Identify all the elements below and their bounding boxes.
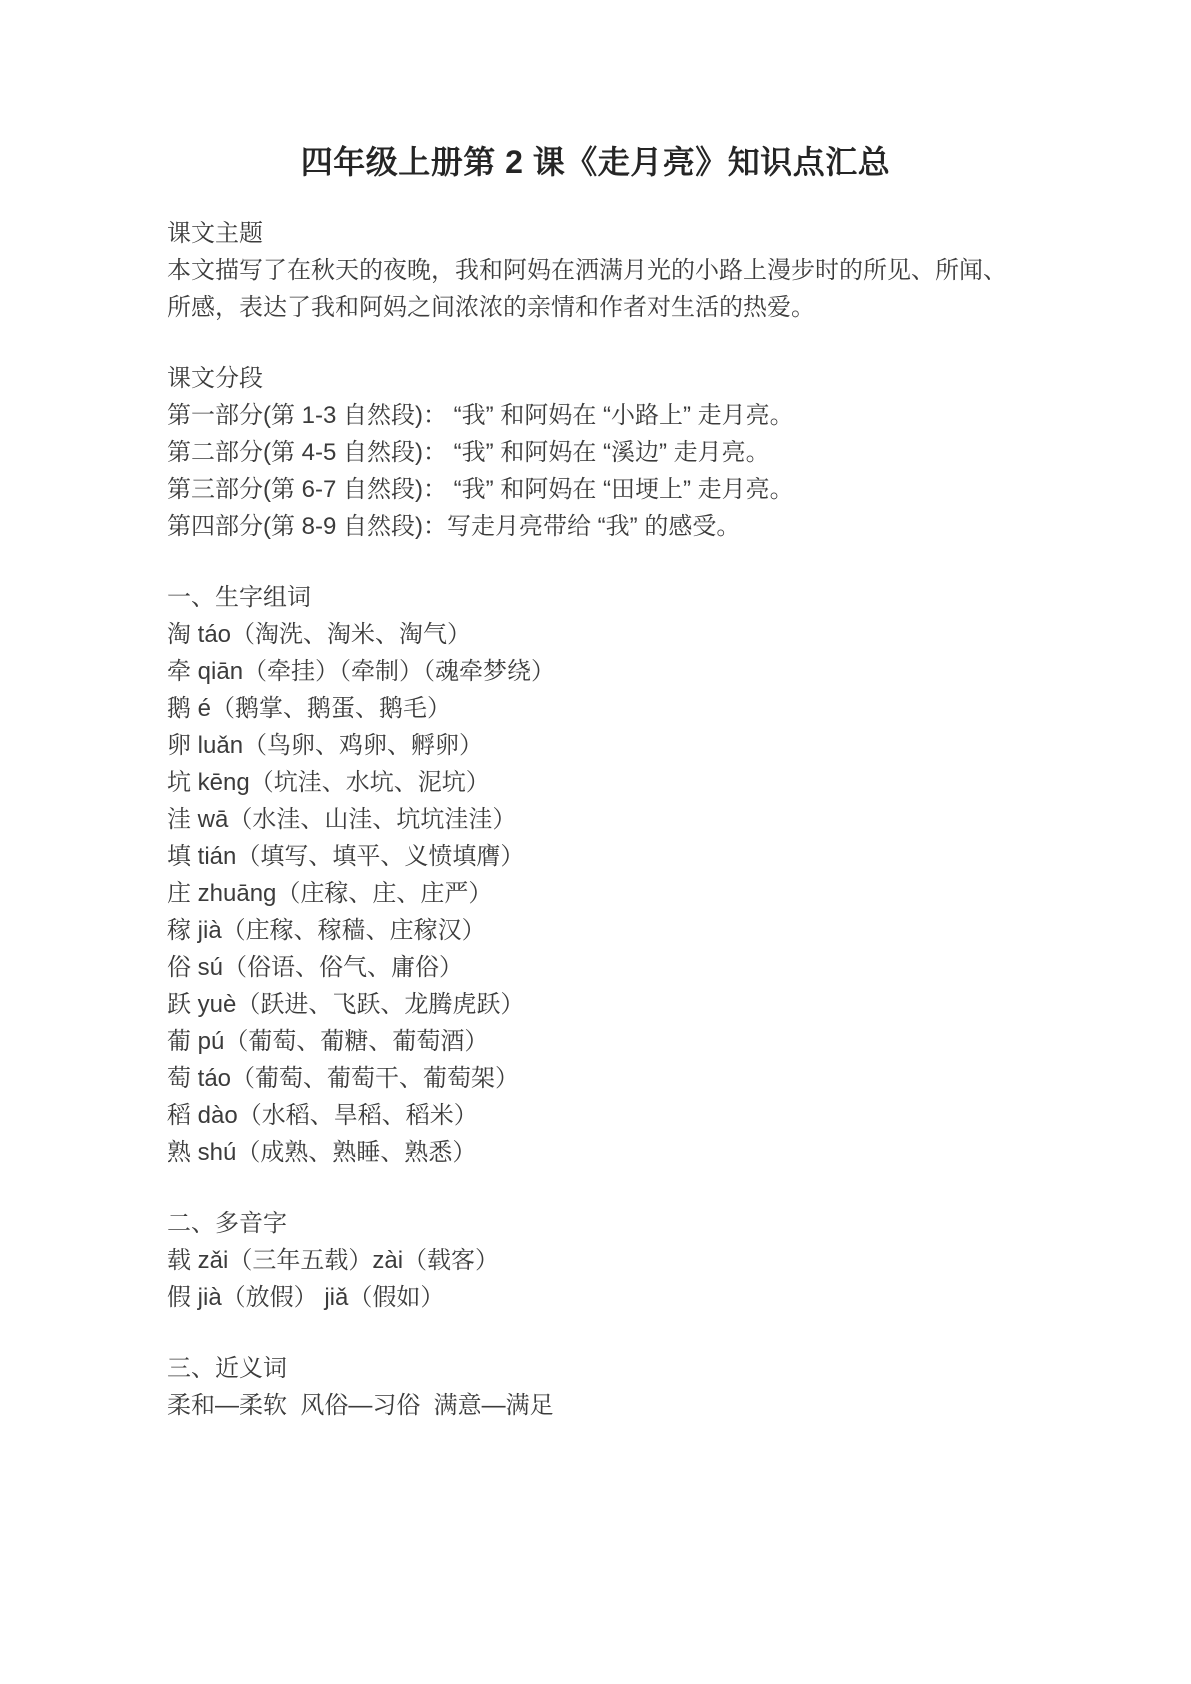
text-line: 牵 qiān（牵挂）（牵制）（魂牵梦绕）	[167, 653, 1024, 690]
page-title: 四年级上册第 2 课《走月亮》知识点汇总	[167, 141, 1024, 183]
text-line: 载 zǎi（三年五载）zài（载客）	[167, 1242, 1024, 1279]
text-line: 第四部分(第 8-9 自然段)：写走月亮带给 “我” 的感受。	[167, 508, 1024, 545]
text-line: 跃 yuè（跃进、飞跃、龙腾虎跃）	[167, 986, 1024, 1023]
text-line: 淘 táo（淘洗、淘米、淘气）	[167, 616, 1024, 653]
section: 课文分段第一部分(第 1-3 自然段)： “我” 和阿妈在 “小路上” 走月亮。…	[167, 360, 1024, 545]
text-line: 第一部分(第 1-3 自然段)： “我” 和阿妈在 “小路上” 走月亮。	[167, 397, 1024, 434]
text-line: 稼 jià（庄稼、稼穑、庄稼汉）	[167, 912, 1024, 949]
text-line: 鹅 é（鹅掌、鹅蛋、鹅毛）	[167, 690, 1024, 727]
section: 课文主题本文描写了在秋天的夜晚，我和阿妈在洒满月光的小路上漫步时的所见、所闻、所…	[167, 215, 1024, 326]
text-line: 柔和—柔软 风俗—习俗 满意—满足	[167, 1387, 1024, 1424]
text-line: 卵 luǎn（鸟卵、鸡卵、孵卵）	[167, 727, 1024, 764]
document-page: 四年级上册第 2 课《走月亮》知识点汇总 课文主题本文描写了在秋天的夜晚，我和阿…	[0, 0, 1191, 1684]
text-line: 庄 zhuāng（庄稼、庄、庄严）	[167, 875, 1024, 912]
text-line: 坑 kēng（坑洼、水坑、泥坑）	[167, 764, 1024, 801]
section-heading: 二、多音字	[167, 1205, 1024, 1242]
text-line: 萄 táo（葡萄、葡萄干、葡萄架）	[167, 1060, 1024, 1097]
text-line: 熟 shú（成熟、熟睡、熟悉）	[167, 1134, 1024, 1171]
text-line: 第三部分(第 6-7 自然段)： “我” 和阿妈在 “田埂上” 走月亮。	[167, 471, 1024, 508]
text-line: 葡 pú（葡萄、葡糖、葡萄酒）	[167, 1023, 1024, 1060]
section-heading: 一、生字组词	[167, 579, 1024, 616]
section: 三、近义词柔和—柔软 风俗—习俗 满意—满足	[167, 1350, 1024, 1424]
sections-container: 课文主题本文描写了在秋天的夜晚，我和阿妈在洒满月光的小路上漫步时的所见、所闻、所…	[167, 215, 1024, 1424]
text-line: 假 jià（放假） jiǎ（假如）	[167, 1279, 1024, 1316]
text-line: 本文描写了在秋天的夜晚，我和阿妈在洒满月光的小路上漫步时的所见、所闻、所感，表达…	[167, 252, 1024, 326]
section: 一、生字组词淘 táo（淘洗、淘米、淘气）牵 qiān（牵挂）（牵制）（魂牵梦绕…	[167, 579, 1024, 1171]
text-line: 稻 dào（水稻、旱稻、稻米）	[167, 1097, 1024, 1134]
section: 二、多音字载 zǎi（三年五载）zài（载客）假 jià（放假） jiǎ（假如）	[167, 1205, 1024, 1316]
section-heading: 三、近义词	[167, 1350, 1024, 1387]
text-line: 第二部分(第 4-5 自然段)： “我” 和阿妈在 “溪边” 走月亮。	[167, 434, 1024, 471]
text-line: 填 tián（填写、填平、义愤填膺）	[167, 838, 1024, 875]
text-line: 洼 wā（水洼、山洼、坑坑洼洼）	[167, 801, 1024, 838]
section-heading: 课文分段	[167, 360, 1024, 397]
text-line: 俗 sú（俗语、俗气、庸俗）	[167, 949, 1024, 986]
section-heading: 课文主题	[167, 215, 1024, 252]
